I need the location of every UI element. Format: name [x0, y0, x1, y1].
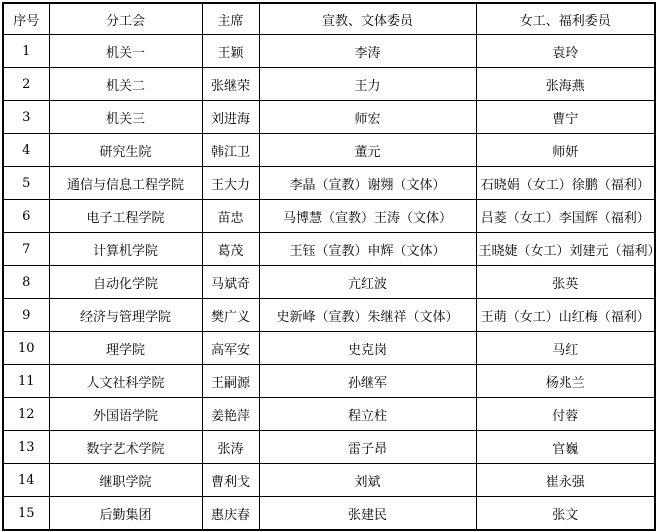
table-row: 5通信与信息工程学院王大力李晶（宣教）谢翙（文体）石晓娟（女工）徐鹏（福利）: [3, 167, 655, 200]
table-row: 10理学院高军安史克岗马红: [3, 332, 655, 365]
serial-number-cell: 4: [3, 134, 49, 167]
table-cell: 师宏: [259, 101, 476, 134]
table-cell: 马斌奇: [202, 266, 259, 299]
header-women-welfare: 女工、福利委员: [476, 3, 655, 35]
table-cell: 史克岗: [259, 332, 476, 365]
table-header-row: 序号 分工会 主席 宣教、文体委员 女工、福利委员: [3, 3, 655, 35]
table-cell: 自动化学院: [49, 266, 202, 299]
table-row: 6电子工程学院苗忠马博慧（宣教）王涛（文体）吕菱（女工）李国辉（福利）: [3, 200, 655, 233]
table-cell: 刘进海: [202, 101, 259, 134]
serial-number-cell: 7: [3, 233, 49, 266]
table-cell: 电子工程学院: [49, 200, 202, 233]
table-cell: 研究生院: [49, 134, 202, 167]
table-cell: 樊广义: [202, 299, 259, 332]
table-cell: 高军安: [202, 332, 259, 365]
table-cell: 计算机学院: [49, 233, 202, 266]
table-cell: 张继荣: [202, 68, 259, 101]
table-cell: 苗忠: [202, 200, 259, 233]
serial-number-cell: 15: [3, 497, 49, 531]
serial-number-cell: 3: [3, 101, 49, 134]
table-row: 9经济与管理学院樊广义史新峰（宣教）朱继祥（文体）王萌（女工）山红梅（福利）: [3, 299, 655, 332]
table-cell: 刘斌: [259, 464, 476, 497]
table-cell: 后勤集团: [49, 497, 202, 531]
serial-number-cell: 12: [3, 398, 49, 431]
table-cell: 亢红波: [259, 266, 476, 299]
table-cell: 韩江卫: [202, 134, 259, 167]
table-cell: 王颖: [202, 35, 259, 68]
table-cell: 雷子昂: [259, 431, 476, 464]
table-cell: 崔永强: [476, 464, 655, 497]
table-cell: 曹利戈: [202, 464, 259, 497]
table-cell: 孙继军: [259, 365, 476, 398]
document-page: 序号 分工会 主席 宣教、文体委员 女工、福利委员 1机关一王颖李涛袁玲2机关二…: [0, 0, 656, 514]
serial-number-cell: 14: [3, 464, 49, 497]
table-cell: 理学院: [49, 332, 202, 365]
table-cell: 李晶（宣教）谢翙（文体）: [259, 167, 476, 200]
table-row: 15后勤集团惠庆春张建民张文: [3, 497, 655, 531]
table-cell: 董元: [259, 134, 476, 167]
table-row: 13数字艺术学院张涛雷子昂官巍: [3, 431, 655, 464]
table-cell: 袁玲: [476, 35, 655, 68]
table-row: 3机关三刘进海师宏曹宁: [3, 101, 655, 134]
table-cell: 杨兆兰: [476, 365, 655, 398]
table-cell: 葛茂: [202, 233, 259, 266]
serial-number-cell: 13: [3, 431, 49, 464]
header-serial-number: 序号: [3, 3, 49, 35]
table-cell: 机关三: [49, 101, 202, 134]
table-cell: 吕菱（女工）李国辉（福利）: [476, 200, 655, 233]
table-cell: 外国语学院: [49, 398, 202, 431]
header-publicity-culture: 宣教、文体委员: [259, 3, 476, 35]
table-cell: 官巍: [476, 431, 655, 464]
table-cell: 史新峰（宣教）朱继祥（文体）: [259, 299, 476, 332]
table-cell: 付蓉: [476, 398, 655, 431]
table-cell: 王嗣源: [202, 365, 259, 398]
serial-number-cell: 9: [3, 299, 49, 332]
table-row: 4研究生院韩江卫董元师妍: [3, 134, 655, 167]
table-row: 2机关二张继荣王力张海燕: [3, 68, 655, 101]
serial-number-cell: 8: [3, 266, 49, 299]
table-cell: 石晓娟（女工）徐鹏（福利）: [476, 167, 655, 200]
serial-number-cell: 2: [3, 68, 49, 101]
table-cell: 姜艳萍: [202, 398, 259, 431]
table-row: 14继职学院曹利戈刘斌崔永强: [3, 464, 655, 497]
table-cell: 数字艺术学院: [49, 431, 202, 464]
table-cell: 王晓婕（女工）刘建元（福利）: [476, 233, 655, 266]
table-cell: 张英: [476, 266, 655, 299]
serial-number-cell: 1: [3, 35, 49, 68]
table-cell: 张涛: [202, 431, 259, 464]
serial-number-cell: 6: [3, 200, 49, 233]
table-cell: 张海燕: [476, 68, 655, 101]
table-body: 1机关一王颖李涛袁玲2机关二张继荣王力张海燕3机关三刘进海师宏曹宁4研究生院韩江…: [3, 35, 655, 531]
table-cell: 曹宁: [476, 101, 655, 134]
table-row: 8自动化学院马斌奇亢红波张英: [3, 266, 655, 299]
table-cell: 通信与信息工程学院: [49, 167, 202, 200]
table-row: 1机关一王颖李涛袁玲: [3, 35, 655, 68]
table-cell: 机关二: [49, 68, 202, 101]
table-cell: 程立柱: [259, 398, 476, 431]
table-cell: 李涛: [259, 35, 476, 68]
table-cell: 惠庆春: [202, 497, 259, 531]
table-cell: 经济与管理学院: [49, 299, 202, 332]
table-cell: 机关一: [49, 35, 202, 68]
table-row: 11人文社科学院王嗣源孙继军杨兆兰: [3, 365, 655, 398]
table-cell: 张文: [476, 497, 655, 531]
table-row: 7计算机学院葛茂王钰（宣教）申辉（文体）王晓婕（女工）刘建元（福利）: [3, 233, 655, 266]
serial-number-cell: 10: [3, 332, 49, 365]
table-cell: 王萌（女工）山红梅（福利）: [476, 299, 655, 332]
table-cell: 王钰（宣教）申辉（文体）: [259, 233, 476, 266]
serial-number-cell: 11: [3, 365, 49, 398]
header-chairman: 主席: [202, 3, 259, 35]
table-cell: 师妍: [476, 134, 655, 167]
table-row: 12外国语学院姜艳萍程立柱付蓉: [3, 398, 655, 431]
table-cell: 王大力: [202, 167, 259, 200]
table-cell: 马博慧（宣教）王涛（文体）: [259, 200, 476, 233]
table-cell: 王力: [259, 68, 476, 101]
serial-number-cell: 5: [3, 167, 49, 200]
union-committee-table: 序号 分工会 主席 宣教、文体委员 女工、福利委员 1机关一王颖李涛袁玲2机关二…: [2, 2, 656, 531]
table-cell: 张建民: [259, 497, 476, 531]
table-cell: 人文社科学院: [49, 365, 202, 398]
table-cell: 继职学院: [49, 464, 202, 497]
header-sub-union: 分工会: [49, 3, 202, 35]
table-cell: 马红: [476, 332, 655, 365]
